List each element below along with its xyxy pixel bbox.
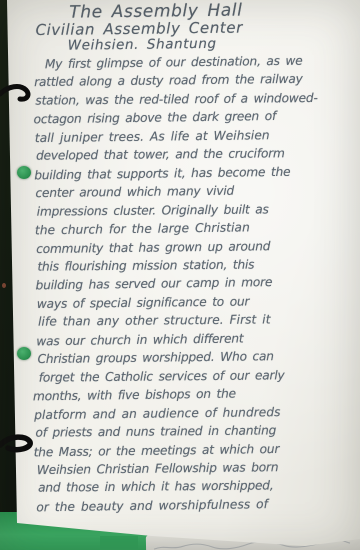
photo-of-handwritten-page: The Assembly Hall Civilian Assembly Cent… bbox=[0, 0, 360, 550]
handwritten-text: The Assembly Hall Civilian Assembly Cent… bbox=[0, 0, 360, 550]
handwritten-line: building that supports it, has become th… bbox=[34, 162, 344, 185]
binder-ring-top bbox=[0, 82, 36, 108]
handwritten-line: the Mass; or the meetings at which our bbox=[34, 439, 348, 462]
red-margin-speck bbox=[2, 283, 6, 288]
binder-ring-bottom bbox=[0, 430, 40, 458]
handwritten-body: My first glimpse of our destination, as … bbox=[34, 51, 350, 516]
page-title-line-3: Weihsien. Shantung bbox=[68, 36, 217, 54]
handwritten-line: or the beauty and worshipfulness of bbox=[36, 494, 348, 517]
punch-hole-green-dot-bottom bbox=[17, 347, 31, 360]
punch-hole-green-dot-top bbox=[17, 166, 31, 179]
